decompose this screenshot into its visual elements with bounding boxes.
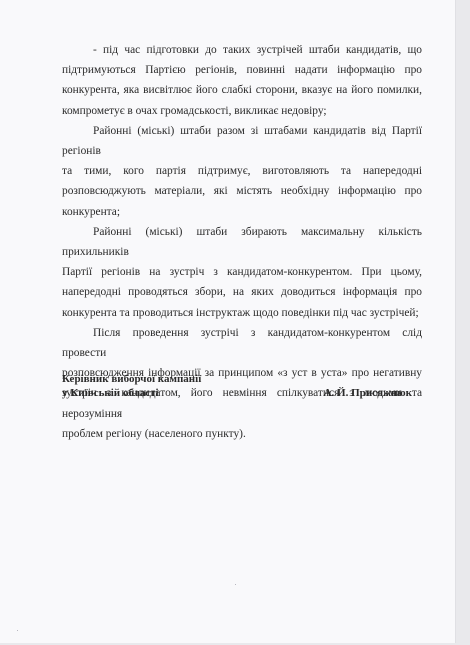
- text-line: та тими, кого партія підтримує, виготовл…: [62, 161, 422, 181]
- text-line: проблем регіону (населеного пункту).: [62, 424, 422, 444]
- text-line: розповсюджують матеріали, які містять не…: [62, 181, 422, 201]
- paragraph-preparation: - під час підготовки до таких зустрічей …: [62, 40, 422, 121]
- text-line: напередодні проводяться збори, на яких д…: [62, 282, 422, 302]
- text-line: Після проведення зустрічі з кандидатом-к…: [62, 323, 422, 363]
- text-line: конкурента та проводиться інструктаж щод…: [62, 303, 422, 323]
- text-line: - під час підготовки до таких зустрічей …: [62, 40, 422, 60]
- text-line: Районні (міські) штаби разом зі штабами …: [62, 121, 422, 161]
- signatory-name: А. Й. Присяжнюк: [324, 387, 412, 401]
- signature-block: Керівник виборчої кампанії у Київській о…: [62, 373, 422, 400]
- text-line: конкурента;: [62, 202, 422, 222]
- paragraph-supporters: Районні (міські) штаби збирають максимал…: [62, 222, 422, 323]
- paragraph-materials: Районні (міські) штаби разом зі штабами …: [62, 121, 422, 222]
- scan-speck: [17, 630, 18, 631]
- text-line: підтримуються Партією регіонів, повинні …: [62, 60, 422, 80]
- text-line: компрометує в очах громадськості, виклик…: [62, 101, 422, 121]
- text-line: Партії регіонів на зустріч з кандидатом-…: [62, 262, 422, 282]
- text-line: Районні (міські) штаби збирають максимал…: [62, 222, 422, 262]
- scan-speck: [235, 584, 236, 585]
- scanned-page: - під час підготовки до таких зустрічей …: [0, 0, 455, 643]
- text-line: конкурента, яка висвітлює його слабкі ст…: [62, 80, 422, 100]
- signatory-title: Керівник виборчої кампанії: [62, 373, 422, 387]
